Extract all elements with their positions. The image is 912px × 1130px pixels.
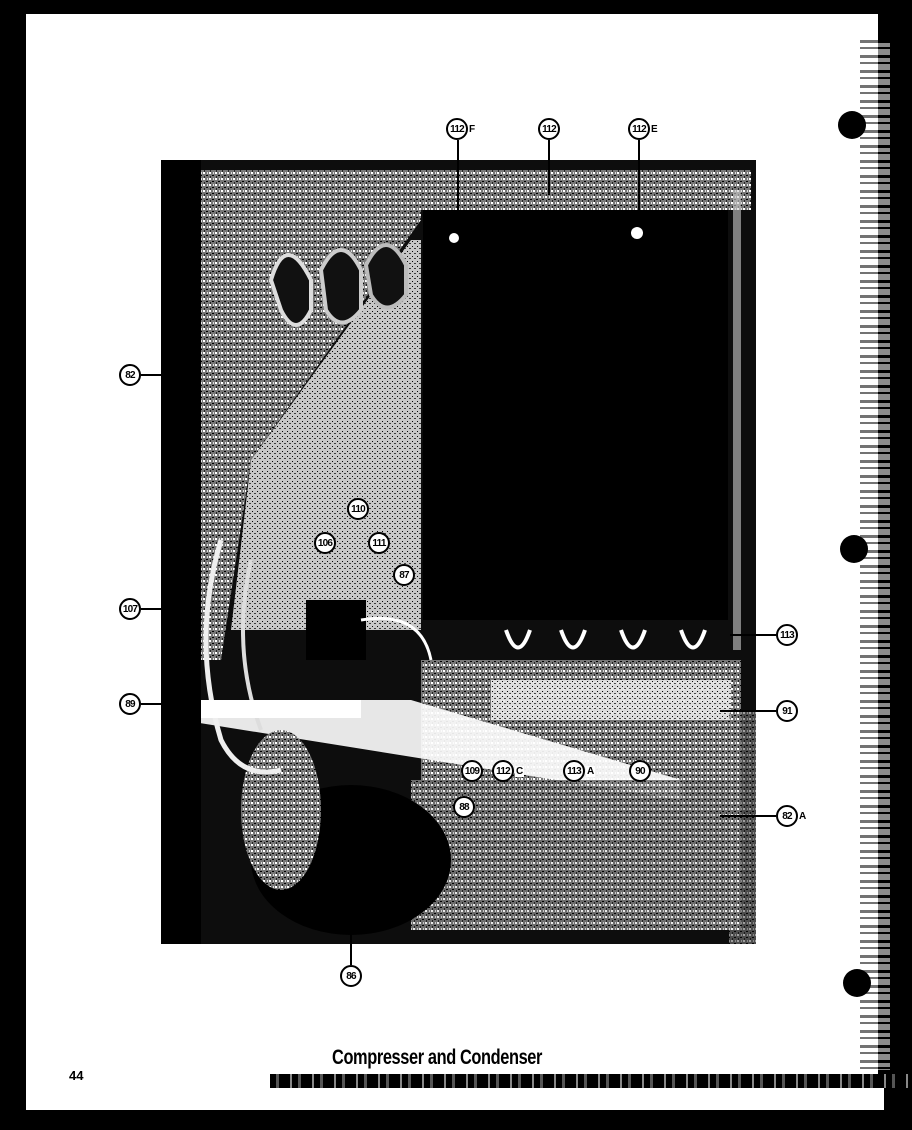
callout-88: 88 xyxy=(453,796,475,818)
callout-number: 86 xyxy=(340,965,362,987)
callout-106: 106 xyxy=(314,532,336,554)
page-number: 44 xyxy=(69,1068,83,1083)
callout-91: 91 xyxy=(776,700,798,722)
callout-112C: 112 C xyxy=(492,760,524,782)
callout-number: 113 xyxy=(563,760,585,782)
callout-112F: 112 F xyxy=(446,118,475,140)
callout-number: 110 xyxy=(347,498,369,520)
scan-border-top xyxy=(0,0,912,14)
scan-border-left xyxy=(0,0,26,1130)
leader-82A xyxy=(720,815,776,817)
leader-112E xyxy=(638,140,640,220)
leader-86 xyxy=(350,930,352,965)
callout-number: 112 xyxy=(628,118,650,140)
compressor-condenser-photo xyxy=(161,160,756,944)
callout-87: 87 xyxy=(393,564,415,586)
callout-82: 82 xyxy=(119,364,141,386)
callout-number: 106 xyxy=(314,532,336,554)
scan-noise-bottom xyxy=(270,1074,912,1088)
leader-89 xyxy=(141,703,165,705)
callout-111: 111 xyxy=(368,532,390,554)
binder-hole-top xyxy=(838,111,866,139)
callout-suffix: A xyxy=(586,766,595,777)
callout-number: 88 xyxy=(453,796,475,818)
callout-number: 109 xyxy=(461,760,483,782)
leader-107 xyxy=(141,608,165,610)
callout-number: 82 xyxy=(776,805,798,827)
callout-82A: 82 A xyxy=(776,805,806,827)
callout-number: 112 xyxy=(492,760,514,782)
photo-rendering xyxy=(161,160,756,944)
callout-112: 112 xyxy=(538,118,560,140)
leader-82 xyxy=(141,374,165,376)
callout-suffix: A xyxy=(799,811,806,822)
figure-caption: Compresser and Condenser xyxy=(332,1046,542,1070)
callout-number: 112 xyxy=(538,118,560,140)
leader-91 xyxy=(720,710,776,712)
callout-number: 82 xyxy=(119,364,141,386)
binder-hole-middle xyxy=(840,535,868,563)
callout-number: 112 xyxy=(446,118,468,140)
leader-112F xyxy=(457,140,459,210)
callout-110: 110 xyxy=(347,498,369,520)
callout-number: 107 xyxy=(119,598,141,620)
callout-109: 109 xyxy=(461,760,483,782)
callout-number: 91 xyxy=(776,700,798,722)
callout-suffix: F xyxy=(469,124,475,135)
callout-suffix: E xyxy=(651,124,658,135)
callout-112E: 112 E xyxy=(628,118,658,140)
leader-113 xyxy=(730,634,776,636)
callout-number: 90 xyxy=(629,760,651,782)
callout-number: 89 xyxy=(119,693,141,715)
callout-86: 86 xyxy=(340,965,362,987)
callout-90: 90 xyxy=(629,760,651,782)
paper-bottom xyxy=(26,1088,884,1110)
binder-hole-bottom xyxy=(843,969,871,997)
callout-number: 113 xyxy=(776,624,798,646)
callout-113A: 113 A xyxy=(563,760,595,782)
callout-107: 107 xyxy=(119,598,141,620)
callout-suffix: C xyxy=(515,766,524,777)
callout-113: 113 xyxy=(776,624,798,646)
callout-89: 89 xyxy=(119,693,141,715)
scan-border-bottom xyxy=(0,1110,912,1130)
callout-number: 111 xyxy=(368,532,390,554)
callout-number: 87 xyxy=(393,564,415,586)
leader-112 xyxy=(548,140,550,195)
